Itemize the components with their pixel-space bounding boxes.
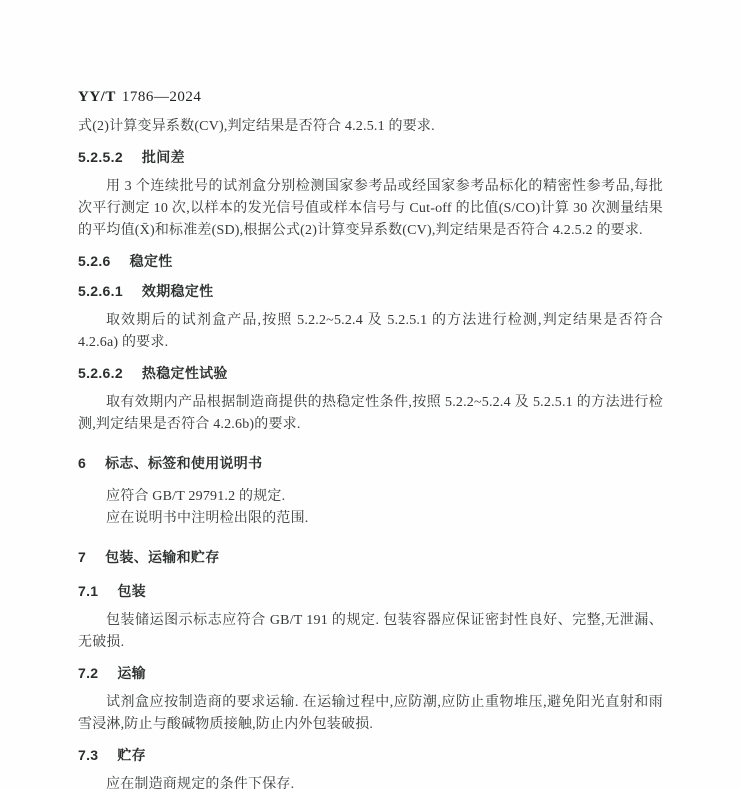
section-title: 运输 xyxy=(117,665,146,681)
heading-7-1: 7.1包装 xyxy=(78,580,663,602)
chapter-heading-6: 6标志、标签和使用说明书 xyxy=(78,452,663,474)
paragraph-packaging: 包装储运图示标志应符合 GB/T 191 的规定. 包装容器应保证密封性良好、完… xyxy=(78,610,663,654)
heading-5-2-6: 5.2.6稳定性 xyxy=(78,250,663,272)
section-number: 5.2.5.2 xyxy=(78,146,123,168)
section-number: 7.1 xyxy=(78,580,98,602)
chapter-number: 6 xyxy=(78,452,86,474)
heading-5-2-6-2: 5.2.6.2热稳定性试验 xyxy=(78,362,663,384)
section-number: 7.2 xyxy=(78,662,98,684)
heading-7-2: 7.2运输 xyxy=(78,662,663,684)
section-title: 贮存 xyxy=(117,747,146,763)
standard-prefix: YY/T xyxy=(78,89,116,105)
section-title: 效期稳定性 xyxy=(142,283,214,299)
paragraph-labeling-requirement-2: 应在说明书中注明检出限的范围. xyxy=(78,508,663,530)
section-title: 包装 xyxy=(117,583,146,599)
paragraph-labeling-requirement-1: 应符合 GB/T 29791.2 的规定. xyxy=(78,486,663,508)
section-number: 7.3 xyxy=(78,744,98,766)
paragraph-thermal-stability: 取有效期内产品根据制造商提供的热稳定性条件,按照 5.2.2~5.2.4 及 5… xyxy=(78,392,663,436)
heading-7-3: 7.3贮存 xyxy=(78,744,663,766)
paragraph-storage: 应在制造商规定的条件下保存. xyxy=(78,774,663,789)
section-title: 热稳定性试验 xyxy=(142,365,228,381)
section-title: 稳定性 xyxy=(130,253,173,269)
chapter-heading-7: 7包装、运输和贮存 xyxy=(78,546,663,568)
section-number: 5.2.6.1 xyxy=(78,280,123,302)
section-number: 5.2.6 xyxy=(78,250,111,272)
heading-5-2-5-2: 5.2.5.2批间差 xyxy=(78,146,663,168)
standard-number-header: YY/T1786—2024 xyxy=(78,86,663,108)
standard-edition-number: 1786—2024 xyxy=(122,89,202,105)
chapter-number: 7 xyxy=(78,546,86,568)
chapter-title: 包装、运输和贮存 xyxy=(105,549,219,565)
chapter-title: 标志、标签和使用说明书 xyxy=(105,455,262,471)
document-page: YY/T1786—2024 式(2)计算变异系数(CV),判定结果是否符合 4.… xyxy=(0,0,741,789)
paragraph-cv-formula-continuation: 式(2)计算变异系数(CV),判定结果是否符合 4.2.5.1 的要求. xyxy=(78,116,663,138)
heading-5-2-6-1: 5.2.6.1效期稳定性 xyxy=(78,280,663,302)
paragraph-between-lot-difference: 用 3 个连续批号的试剂盒分别检测国家参考品或经国家参考品标化的精密性参考品,每… xyxy=(78,176,663,242)
paragraph-shelf-life-stability: 取效期后的试剂盒产品,按照 5.2.2~5.2.4 及 5.2.5.1 的方法进… xyxy=(78,310,663,354)
section-number: 5.2.6.2 xyxy=(78,362,123,384)
section-title: 批间差 xyxy=(142,149,185,165)
paragraph-transport: 试剂盒应按制造商的要求运输. 在运输过程中,应防潮,应防止重物堆压,避免阳光直射… xyxy=(78,692,663,736)
